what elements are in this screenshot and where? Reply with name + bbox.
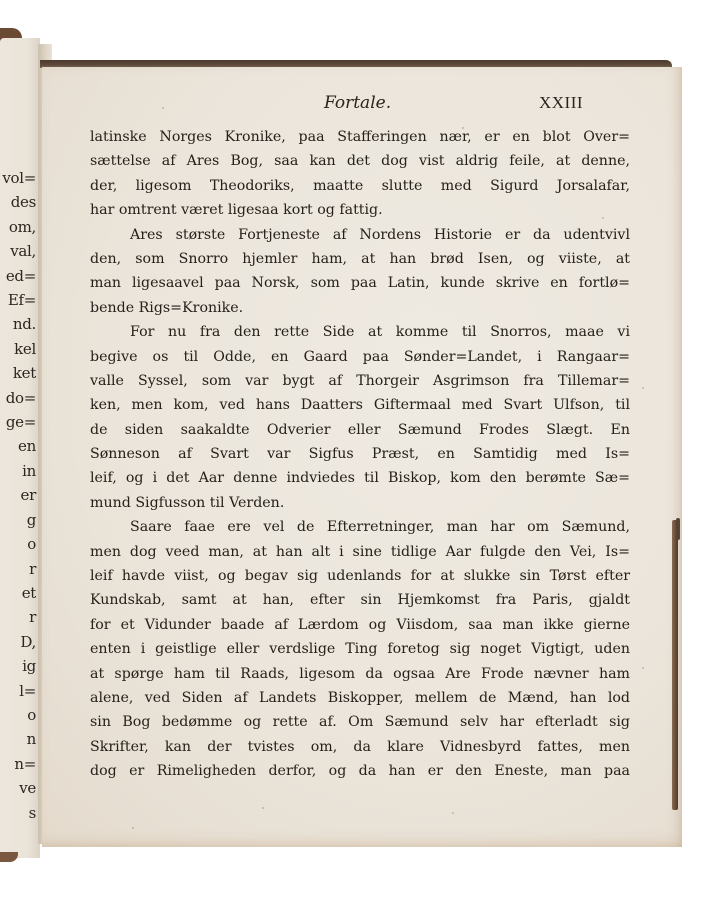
- left-page-line-fragment: val,: [0, 239, 38, 263]
- left-page-line-fragment: o: [0, 703, 38, 727]
- text-line: leif, og i det Aar denne indviedes til B…: [90, 466, 630, 490]
- left-page-line-fragment: r: [0, 557, 38, 581]
- left-page-line-fragment: ed=: [0, 264, 38, 288]
- text-line: sin Bog bedømme og rette af. Om Sæmund s…: [90, 710, 630, 734]
- text-line: Saare faae ere vel de Efterretninger, ma…: [90, 515, 630, 539]
- text-line: den, som Snorro hjemler ham, at han brød…: [90, 247, 630, 271]
- text-line: Ares største Fortjeneste af Nordens Hist…: [90, 223, 630, 247]
- left-page-line-fragment: ket: [0, 361, 38, 385]
- paper-speck: [462, 127, 464, 129]
- paragraph: Saare faae ere vel de Efterretninger, ma…: [90, 515, 630, 783]
- paper-speck: [642, 387, 644, 389]
- text-line: bende Rigs=Kronike.: [90, 296, 630, 320]
- left-page-line-fragment: n: [0, 727, 38, 751]
- text-line: begive os til Odde, en Gaard paa Sønder=…: [90, 345, 630, 369]
- left-page-line-fragment: en: [0, 434, 38, 458]
- page-number: XXIII: [539, 93, 583, 113]
- left-cover-bottom-edge: [0, 852, 18, 862]
- paper-speck: [642, 667, 644, 669]
- left-page-line-fragment: er: [0, 483, 38, 507]
- text-line: dog er Rimeligheden derfor, og da han er…: [90, 759, 630, 783]
- left-page-line-fragment: kel: [0, 337, 38, 361]
- left-page-line-fragment: des: [0, 190, 38, 214]
- text-line: latinske Norges Kronike, paa Stafferinge…: [90, 125, 630, 149]
- running-header: Fortale. XXIII: [42, 93, 682, 117]
- left-page-line-fragment: et: [0, 581, 38, 605]
- left-page-line-fragment: do=: [0, 386, 38, 410]
- header-title: Fortale.: [324, 93, 391, 113]
- paper-speck: [162, 107, 164, 109]
- left-page-text-fragments: vol=desom,val,ed=Ef=nd.kelketdo=ge=enine…: [0, 166, 38, 825]
- left-page-line-fragment: ig: [0, 654, 38, 678]
- paper-speck: [262, 807, 264, 809]
- text-line: Skrifter, kan der tvistes om, da klare V…: [90, 735, 630, 759]
- left-page-line-fragment: Ef=: [0, 288, 38, 312]
- text-line: sættelse af Ares Bog, saa kan det dog vi…: [90, 149, 630, 173]
- text-line: de siden saakaldte Odverier eller Sæmund…: [90, 418, 630, 442]
- left-page-line-fragment: ve: [0, 776, 38, 800]
- body-text: latinske Norges Kronike, paa Stafferinge…: [90, 125, 630, 784]
- text-line: for et Vidunder baade af Lærdom og Viisd…: [90, 613, 630, 637]
- right-page: Fortale. XXIII latinske Norges Kronike, …: [42, 67, 682, 847]
- text-line: enten i geistlige eller verdslige Ting f…: [90, 637, 630, 661]
- left-page-line-fragment: ge=: [0, 410, 38, 434]
- text-line: leif havde viist, og begav sig udenlands…: [90, 564, 630, 588]
- left-page-line-fragment: s: [0, 801, 38, 825]
- text-line: man ligesaavel paa Norsk, som paa Latin,…: [90, 271, 630, 295]
- text-line: alene, ved Siden af Landets Biskopper, m…: [90, 686, 630, 710]
- right-page-stack-edge: [672, 520, 678, 810]
- paper-speck: [452, 812, 454, 814]
- paper-speck: [602, 217, 604, 219]
- text-line: der, ligesom Theodoriks, maatte slutte m…: [90, 174, 630, 198]
- text-line: ken, men kom, ved hans Daatters Gifterma…: [90, 393, 630, 417]
- left-page-line-fragment: o: [0, 532, 38, 556]
- text-line: Sønneson af Svart var Sigfus Præst, en S…: [90, 442, 630, 466]
- left-page-line-fragment: l=: [0, 679, 38, 703]
- text-line: For nu fra den rette Side at komme til S…: [90, 320, 630, 344]
- text-line: mund Sigfusson til Verden.: [90, 491, 630, 515]
- left-page-line-fragment: D,: [0, 630, 38, 654]
- paper-speck: [132, 827, 134, 829]
- paragraph: For nu fra den rette Side at komme til S…: [90, 320, 630, 515]
- text-line: har omtrent været ligesaa kort og fattig…: [90, 198, 630, 222]
- left-page-line-fragment: nd.: [0, 312, 38, 336]
- text-line: Kundskab, samt at han, efter sin Hjemkom…: [90, 588, 630, 612]
- left-page-line-fragment: g: [0, 508, 38, 532]
- text-line: valle Syssel, som var bygt af Thorgeir A…: [90, 369, 630, 393]
- left-page-line-fragment: r: [0, 605, 38, 629]
- paragraph: latinske Norges Kronike, paa Stafferinge…: [90, 125, 630, 223]
- left-page-line-fragment: om,: [0, 215, 38, 239]
- text-line: at spørge ham til Raads, ligesom da ogsa…: [90, 662, 630, 686]
- paragraph: Ares største Fortjeneste af Nordens Hist…: [90, 223, 630, 321]
- left-page-line-fragment: n=: [0, 752, 38, 776]
- text-line: men dog veed man, at han alt i sine tidl…: [90, 540, 630, 564]
- left-page-line-fragment: in: [0, 459, 38, 483]
- left-page: vol=desom,val,ed=Ef=nd.kelketdo=ge=enine…: [0, 38, 40, 858]
- left-page-line-fragment: vol=: [0, 166, 38, 190]
